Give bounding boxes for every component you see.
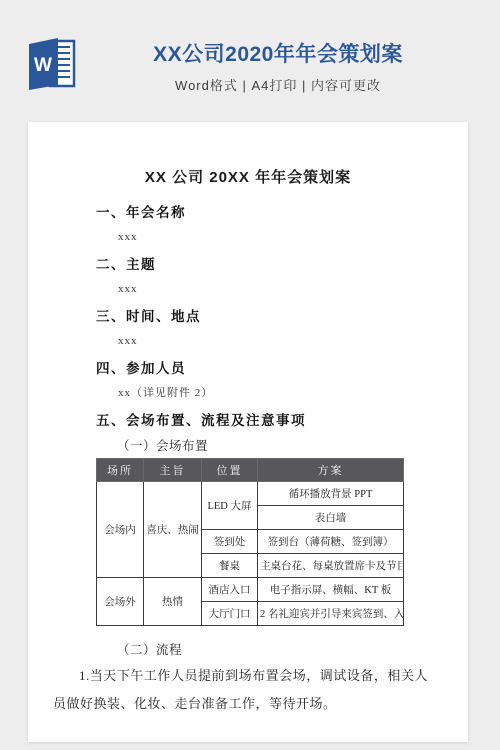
section-heading-3: 三、时间、地点 — [96, 308, 468, 326]
cell-loc-hotel: 酒店入口 — [202, 578, 258, 602]
venue-layout-table: 场所 主旨 位置 方案 会场内 喜庆、热闹 LED 大屏 循环播放背景 PPT … — [96, 458, 404, 626]
section-heading-2: 二、主题 — [96, 256, 468, 274]
col-header-plan: 方案 — [258, 459, 404, 482]
section-body-3: xxx — [118, 334, 468, 348]
section-heading-1: 一、年会名称 — [96, 204, 468, 222]
document-title: XX 公司 20XX 年年会策划案 — [28, 169, 468, 187]
col-header-location: 位置 — [202, 459, 258, 482]
col-header-theme: 主旨 — [144, 459, 202, 482]
section-body-4: xx（详见附件 2） — [118, 386, 468, 400]
section-heading-5: 五、会场布置、流程及注意事项 — [96, 412, 468, 430]
word-icon-letter: W — [34, 55, 52, 76]
cell-place-outside: 会场外 — [97, 578, 144, 626]
header-text-block: XX公司2020年年会策划案 Word格式 | A4打印 | 内容可更改 — [80, 43, 476, 94]
col-header-place: 场所 — [97, 459, 144, 482]
word-icon: W — [29, 36, 77, 91]
cell-plan-signin: 签到台（薄荷糖、签到簿） — [258, 530, 404, 554]
table-row: 会场外 热情 酒店入口 电子指示屏、横幅、KT 板 — [97, 578, 404, 602]
cell-loc-led: LED 大屏 — [202, 482, 258, 530]
cell-plan-ppt: 循环播放背景 PPT — [258, 482, 404, 506]
template-subtitle: Word格式 | A4打印 | 内容可更改 — [80, 75, 476, 94]
cell-theme-outside: 热情 — [144, 578, 202, 626]
section-body-2: xxx — [118, 282, 468, 296]
process-paragraph: 1.当天下午工作人员提前到场布置会场，调试设备，相关人员做好换装、化妆、走台准备… — [53, 662, 428, 718]
subsection-venue-layout: （一）会场布置 — [117, 438, 468, 454]
table-header-row: 场所 主旨 位置 方案 — [97, 459, 404, 482]
cell-plan-hall: 2 名礼迎宾并引导来宾签到、入座 — [258, 602, 404, 626]
template-title: XX公司2020年年会策划案 — [80, 43, 476, 67]
cell-plan-dining: 主桌台花、每桌放置席卡及节目单 — [258, 554, 404, 578]
cell-place-inside: 会场内 — [97, 482, 144, 578]
cell-plan-hotel: 电子指示屏、横幅、KT 板 — [258, 578, 404, 602]
document-page: XX 公司 20XX 年年会策划案 一、年会名称 xxx 二、主题 xxx 三、… — [28, 122, 468, 742]
table-row: 会场内 喜庆、热闹 LED 大屏 循环播放背景 PPT — [97, 482, 404, 506]
subsection-process: （二）流程 — [117, 642, 468, 658]
cell-loc-hall: 大厅门口 — [202, 602, 258, 626]
cell-loc-dining: 餐桌 — [202, 554, 258, 578]
cell-plan-wall: 表白墙 — [258, 506, 404, 530]
template-preview-header: W XX公司2020年年会策划案 Word格式 | A4打印 | 内容可更改 — [0, 0, 500, 122]
section-heading-4: 四、参加人员 — [96, 360, 468, 378]
section-body-1: xxx — [118, 230, 468, 244]
cell-theme-inside: 喜庆、热闹 — [144, 482, 202, 578]
cell-loc-signin: 签到处 — [202, 530, 258, 554]
